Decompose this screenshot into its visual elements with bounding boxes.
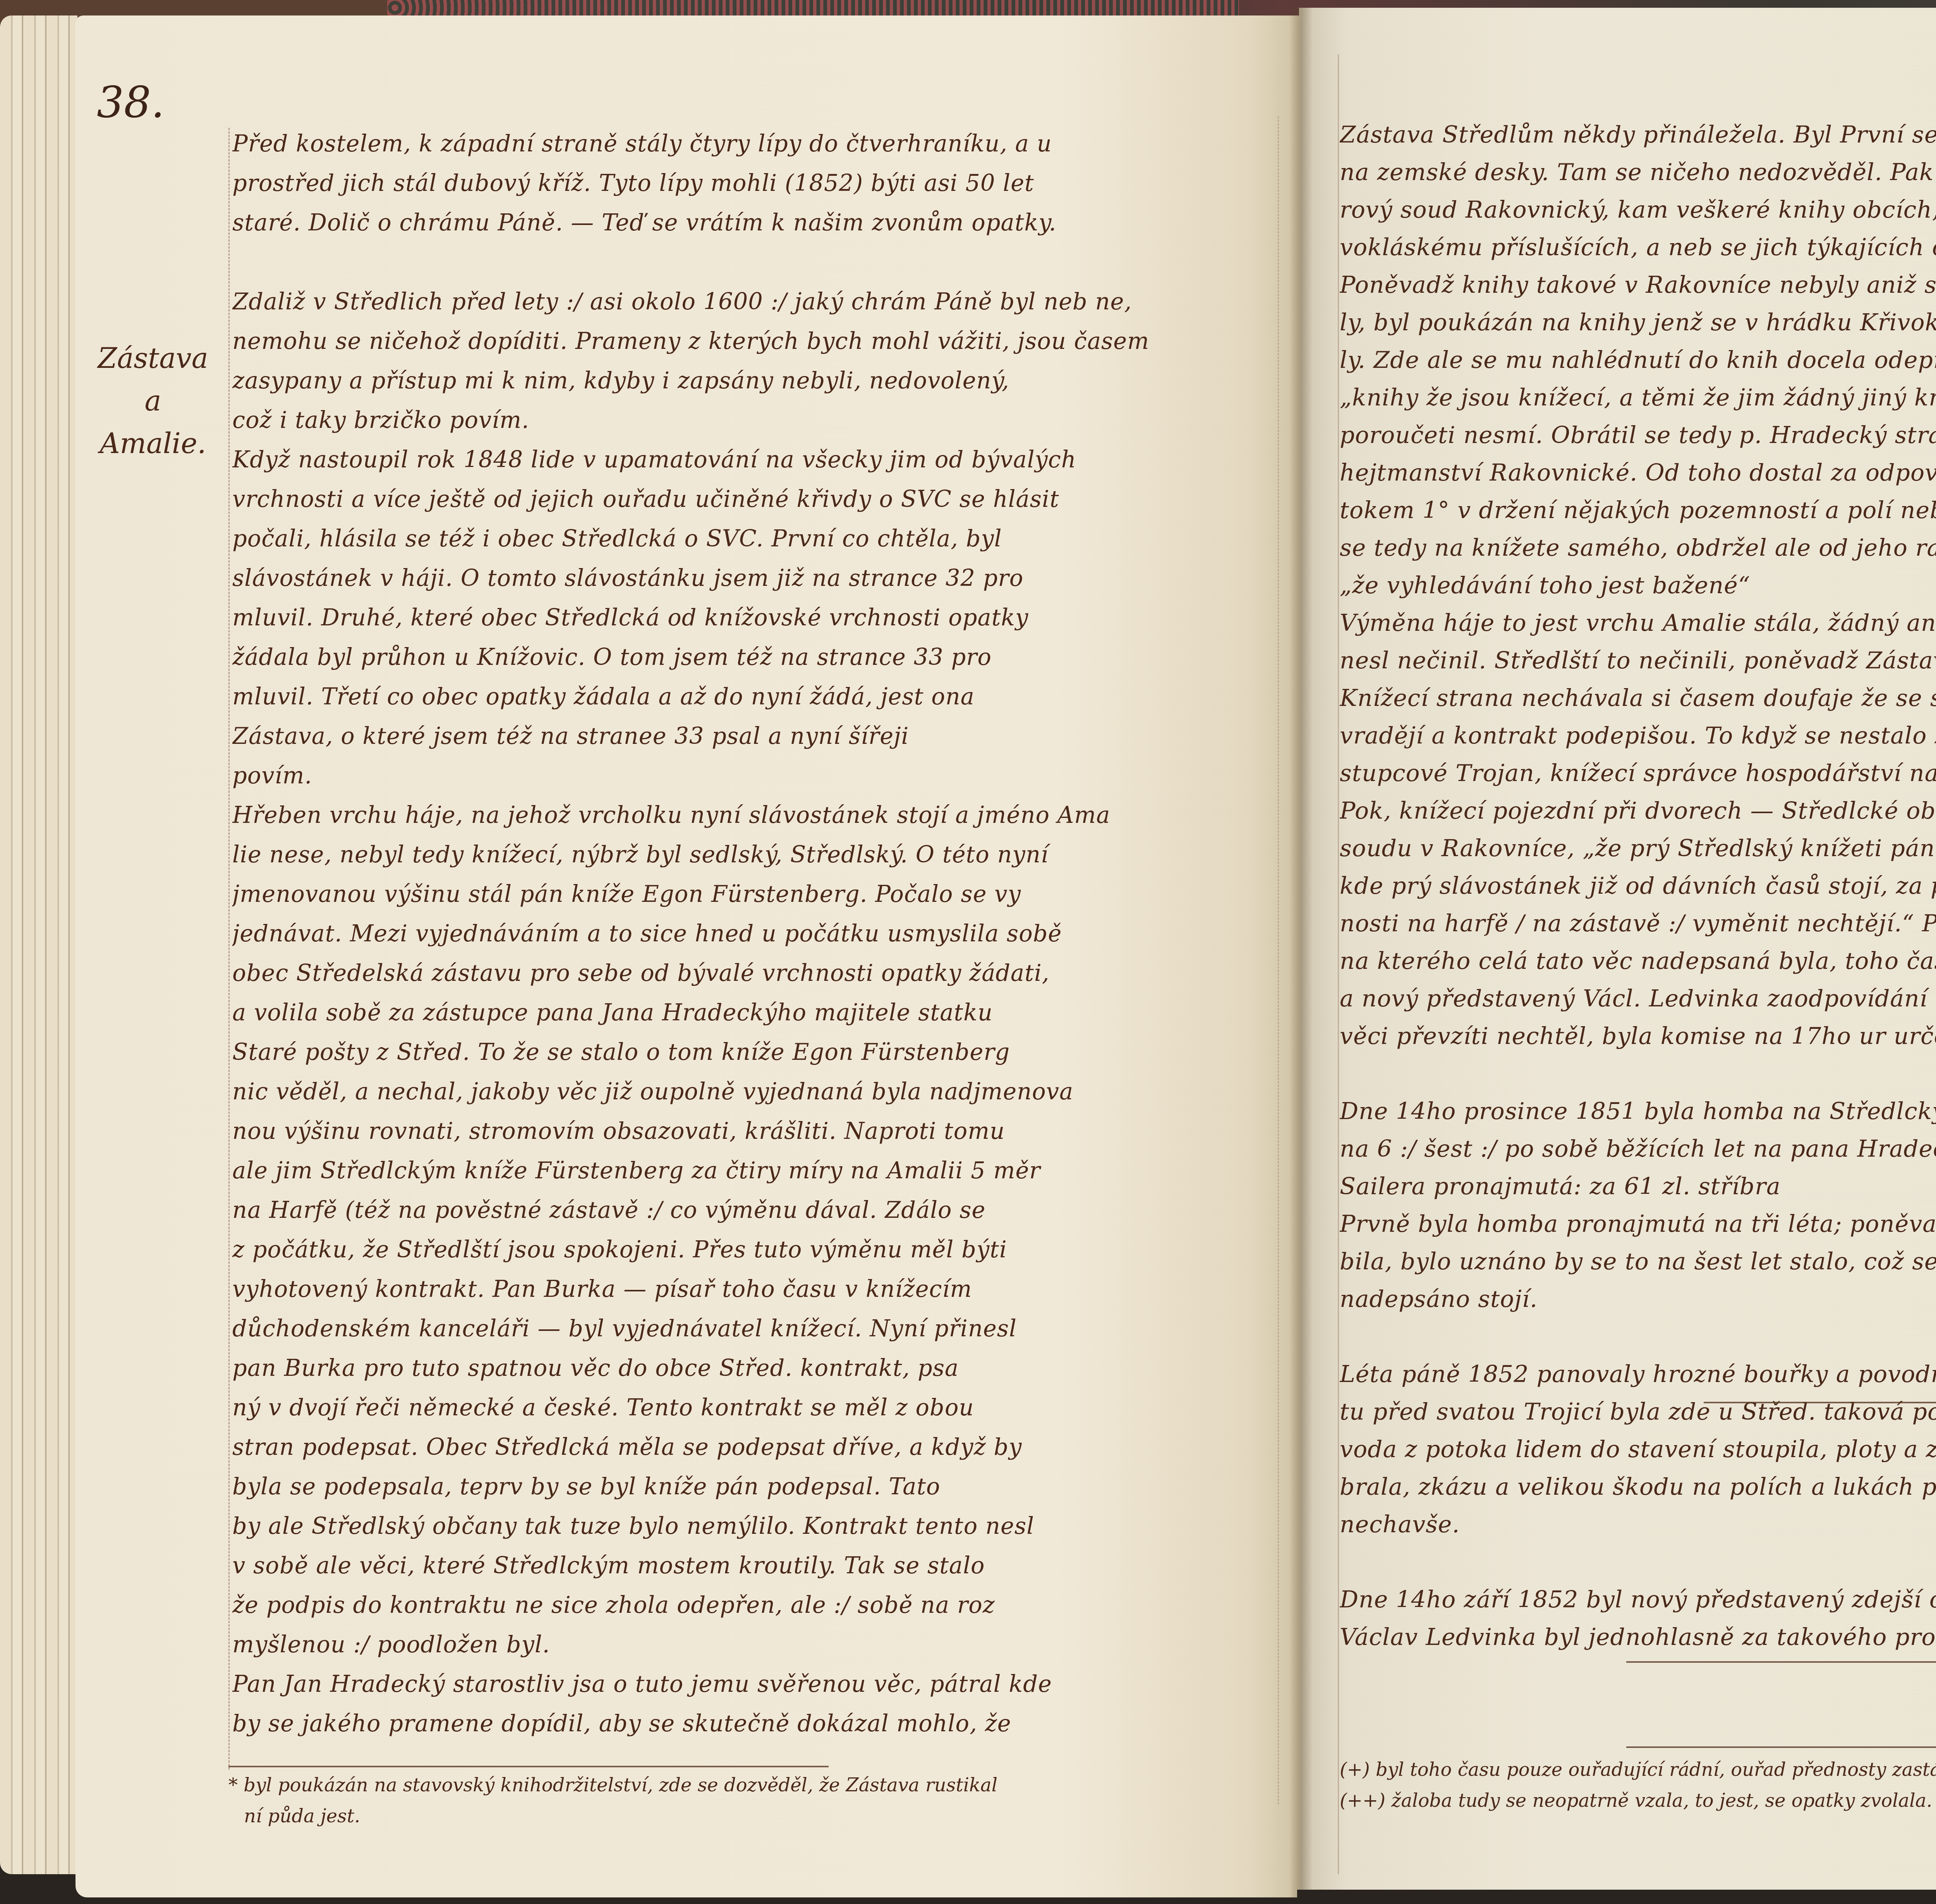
manuscript-line: Dne 14ho prosince 1851 byla homba na Stř… (1340, 1093, 1936, 1130)
right-page-body-text: Zástava Středlům někdy přináležela. Byl … (1340, 116, 1936, 1656)
margin-note-line: a (89, 379, 217, 422)
manuscript-line: stupcové Trojan, knížecí správce hospodá… (1340, 755, 1936, 792)
manuscript-line: voda z potoka lidem do stavení stoupila,… (1340, 1431, 1936, 1468)
manuscript-line: stran podepsat. Obec Středlcká měla se p… (232, 1427, 1289, 1467)
manuscript-line: „že vyhledávání toho jest bažené“ (1340, 567, 1936, 604)
page-number-left: 38. (97, 77, 165, 127)
manuscript-line: Sailera pronajmutá: za 61 zl. stříbra (1340, 1168, 1936, 1205)
manuscript-line: Poněvadž knihy takové v Rakovníce nebyly… (1340, 266, 1936, 304)
left-margin-rule (228, 128, 230, 1770)
manuscript-line: brala, zkázu a velikou škodu na polích a… (1340, 1468, 1936, 1506)
manuscript-line: ale jim Středlckým kníže Fürstenberg za … (232, 1151, 1289, 1190)
manuscript-line: věci převzíti nechtěl, byla komise na 17… (1340, 1018, 1936, 1055)
section-separator-right (1704, 1402, 1936, 1403)
manuscript-line: nosti na harfě / na zástavě :/ vyměnit n… (1340, 905, 1936, 943)
manuscript-line (1340, 1318, 1936, 1356)
manuscript-line: lie nese, nebyl tedy knížecí, nýbrž byl … (232, 835, 1289, 874)
manuscript-line: Před kostelem, k západní straně stály čt… (232, 124, 1289, 163)
manuscript-line: se tedy na knížete samého, obdržel ale o… (1340, 529, 1936, 567)
manuscript-line: ný v dvojí řeči německé a české. Tento k… (232, 1388, 1289, 1427)
book-shadow-bottom (1297, 1890, 1936, 1904)
manuscript-line: z počátku, že Středlští jsou spokojeni. … (232, 1230, 1289, 1269)
manuscript-line: na kterého celá tato věc nadepsaná byla,… (1340, 943, 1936, 980)
manuscript-line: žádala byl průhon u Knížovic. O tom jsem… (232, 637, 1289, 677)
manuscript-line: tu před svatou Trojicí byla zde u Střed.… (1340, 1393, 1936, 1431)
footnote-line: (++) žaloba tudy se neopatrně vzala, to … (1340, 1785, 1936, 1816)
footnotes-right: (+) byl toho času pouze ouřadující rádní… (1340, 1754, 1936, 1816)
manuscript-line: mluvil. Třetí co obec opatky žádala a až… (232, 677, 1289, 716)
manuscript-line: povím. (232, 756, 1289, 795)
manuscript-line: „knihy že jsou knížecí, a těmi že jim žá… (1340, 379, 1936, 417)
manuscript-line: Zástava Středlům někdy přináležela. Byl … (1340, 116, 1936, 154)
manuscript-line: počali, hlásila se též i obec Středlcká … (232, 519, 1289, 558)
manuscript-line: vrchnosti a více ještě od jejich ouřadu … (232, 479, 1289, 519)
manuscript-line: Knížecí strana nechávala si časem doufaj… (1340, 680, 1936, 717)
manuscript-line: by se jakého pramene dopídil, aby se sku… (232, 1704, 1289, 1743)
manuscript-line: důchodenském kanceláři — byl vyjednávate… (232, 1309, 1289, 1348)
manuscript-line: a nový představený Václ. Ledvinka zaodpo… (1340, 980, 1936, 1018)
manuscript-line: pan Burka pro tuto spatnou věc do obce S… (232, 1348, 1289, 1388)
footnote-line: ní půda jest. (228, 1801, 997, 1832)
manuscript-line: vradějí a kontrakt podepišou. To když se… (1340, 717, 1936, 755)
manuscript-line: na zemské desky. Tam se ničeho nedozvědě… (1340, 154, 1936, 191)
section-separator-right-2 (1626, 1661, 1936, 1663)
manuscript-line: nadepsáno stojí. (1340, 1281, 1936, 1318)
manuscript-line: na 6 :/ šest :/ po sobě běžících let na … (1340, 1130, 1936, 1168)
footnote-line: * byl poukázán na stavovský knihodržitel… (228, 1770, 997, 1801)
manuscript-line: Zdaliž v Středlich před lety :/ asi okol… (232, 282, 1289, 321)
manuscript-line: by ale Středlský občany tak tuze bylo ne… (232, 1506, 1289, 1546)
marbled-cover-pattern (387, 0, 1239, 15)
manuscript-line: Léta páně 1852 panovaly hrozné bouřky a … (1340, 1356, 1936, 1393)
footnote-separator-right (1626, 1746, 1936, 1748)
manuscript-line: v sobě ale věci, které Středlckým mostem… (232, 1546, 1289, 1585)
manuscript-line: nemohu se ničehož dopíditi. Prameny z kt… (232, 321, 1289, 361)
book-gutter (1289, 8, 1313, 1897)
manuscript-line: Pan Jan Hradecký starostliv jsa o tuto j… (232, 1664, 1289, 1704)
margin-note-line: Amalie. (89, 422, 217, 465)
footnote-separator-left (228, 1766, 829, 1767)
manuscript-line: Staré pošty z Střed. To že se stalo o to… (232, 1032, 1289, 1072)
footnote-left: * byl poukázán na stavovský knihodržitel… (228, 1770, 997, 1832)
manuscript-line: Když nastoupil rok 1848 lide v upamatová… (232, 440, 1289, 479)
manuscript-line (1340, 1543, 1936, 1581)
manuscript-line: zasypany a přístup mi k nim, kdyby i zap… (232, 361, 1289, 400)
left-page-body-text: Před kostelem, k západní straně stály čt… (232, 124, 1289, 1743)
manuscript-line: vokláskému příslušících, a neb se jich t… (1340, 229, 1936, 266)
right-left-margin-rule (1338, 54, 1339, 1874)
manuscript-line: ly. Zde ale se mu nahlédnutí do knih doc… (1340, 342, 1936, 379)
manuscript-line: tokem 1° v držení nějakých pozemností a … (1340, 492, 1936, 529)
manuscript-line: staré. Dolič o chrámu Páně. — Teď se vrá… (232, 203, 1289, 242)
manuscript-line: nou výšinu rovnati, stromovím obsazovati… (232, 1111, 1289, 1151)
manuscript-line: poroučeti nesmí. Obrátil se tedy p. Hrad… (1340, 417, 1936, 454)
manuscript-line: soudu v Rakovníce, „že prý Středlský kní… (1340, 830, 1936, 867)
manuscript-line: což i taky brzičko povím. (232, 400, 1289, 440)
manuscript-line: že podpis do kontraktu ne sice zhola ode… (232, 1585, 1289, 1625)
manuscript-line: rový soud Rakovnický, kam veškeré knihy … (1340, 191, 1936, 229)
manuscript-line: obec Středelská zástavu pro sebe od býva… (232, 953, 1289, 993)
manuscript-line: jednávat. Mezi vyjednáváním a to sice hn… (232, 914, 1289, 953)
manuscript-line: Prvně byla homba pronajmutá na tři léta;… (1340, 1205, 1936, 1243)
manuscript-line: myšlenou :/ poodložen byl. (232, 1625, 1289, 1664)
manuscript-line: a volila sobě za zástupce pana Jana Hrad… (232, 993, 1289, 1032)
manuscript-line: nechavše. (1340, 1506, 1936, 1543)
manuscript-line: Hřeben vrchu háje, na jehož vrcholku nyn… (232, 795, 1289, 835)
manuscript-line: nic věděl, a nechal, jakoby věc již oupo… (232, 1072, 1289, 1111)
manuscript-line: vyhotovený kontrakt. Pan Burka — písař t… (232, 1269, 1289, 1309)
manuscript-line: ly, byl poukázán na knihy jenž se v hrád… (1340, 304, 1936, 342)
manuscript-line: kde prý slávostánek již od dávních časů … (1340, 867, 1936, 905)
manuscript-line: na Harfě (též na pověstné zástavě :/ co … (232, 1190, 1289, 1230)
manuscript-line: jmenovanou výšinu stál pán kníže Egon Fü… (232, 874, 1289, 914)
manuscript-line: slávostánek v háji. O tomto slávostánku … (232, 558, 1289, 598)
manuscript-line: bila, bylo uznáno by se to na šest let s… (1340, 1243, 1936, 1281)
manuscript-line (1340, 1055, 1936, 1093)
manuscript-line: Pok, knížecí pojezdní při dvorech — Stře… (1340, 792, 1936, 830)
left-page-stack-edge (0, 15, 77, 1874)
manuscript-line: nesl nečinil. Středlští to nečinili, pon… (1340, 642, 1936, 680)
manuscript-line (232, 242, 1289, 282)
manuscript-line: prostřed jich stál dubový kříž. Tyto líp… (232, 163, 1289, 203)
manuscript-line: hejtmanství Rakovnické. Od toho dostal z… (1340, 454, 1936, 492)
manuscript-line: mluvil. Druhé, které obec Středlcká od k… (232, 598, 1289, 637)
manuscript-line: Výměna háje to jest vrchu Amalie stála, … (1340, 604, 1936, 642)
manuscript-line: byla se podepsala, teprv by se byl kníže… (232, 1467, 1289, 1506)
manuscript-line: Dne 14ho září 1852 byl nový představený … (1340, 1581, 1936, 1619)
margin-note-line: Zástava (89, 337, 217, 379)
manuscript-line: Zástava, o které jsem též na stranee 33 … (232, 716, 1289, 756)
manuscript-line: Václav Ledvinka byl jednohlasně za takov… (1340, 1619, 1936, 1656)
margin-note-zastava-amalie: Zástava a Amalie. (89, 337, 217, 465)
footnote-line: (+) byl toho času pouze ouřadující rádní… (1340, 1754, 1936, 1785)
